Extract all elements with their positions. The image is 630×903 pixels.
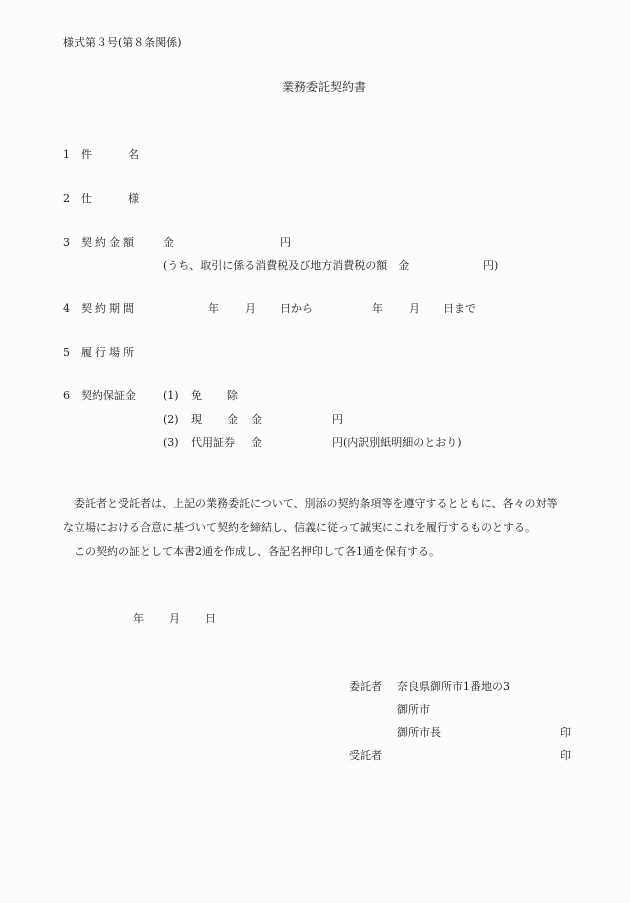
item-number: 1 — [63, 148, 70, 162]
tax-yen: 円) — [483, 259, 498, 273]
option-number: (2) — [163, 413, 179, 427]
option-number: (3) — [163, 436, 179, 450]
contractor-seal: 印 — [560, 749, 571, 763]
option-label: 金 — [227, 413, 238, 427]
item-label: 仕 — [81, 192, 92, 206]
item-label: 契約保証金 — [81, 389, 136, 403]
option-label: 代用証券 — [191, 436, 235, 450]
option-label: 除 — [227, 389, 238, 403]
item-number: 6 — [63, 389, 70, 403]
item-label: 名 — [128, 148, 139, 162]
item-number: 4 — [63, 302, 70, 316]
body-paragraph-2: この契約の証として本書2通を作成し、各記名押印して各1通を保有する。 — [74, 545, 440, 559]
item-label: 様 — [128, 192, 139, 206]
amount-kin: 金 — [163, 236, 174, 250]
date-month: 月 — [169, 612, 180, 626]
client-address: 奈良県御所市1番地の3 — [397, 680, 510, 694]
body-paragraph-1-line-2: な立場における合意に基づいて契約を締結し、信義に従って誠実にこれを履行するものと… — [63, 521, 536, 535]
date-year: 年 — [133, 612, 144, 626]
item-label: 履行場所 — [81, 346, 137, 360]
form-number: 様式第３号(第８条関係) — [63, 36, 182, 50]
end-year: 年 — [372, 302, 383, 316]
option-yen: 円(内訳別紙明細のとおり) — [332, 436, 462, 450]
item-number: 3 — [63, 236, 70, 250]
item-label: 件 — [81, 148, 92, 162]
option-kin: 金 — [251, 436, 262, 450]
option-label: 免 — [191, 389, 202, 403]
start-year: 年 — [208, 302, 219, 316]
item-number: 5 — [63, 346, 70, 360]
client-seal: 印 — [560, 726, 571, 740]
document-title: 業務委託契約書 — [282, 80, 366, 94]
contractor-label: 受託者 — [349, 749, 382, 763]
client-name: 御所市 — [397, 703, 430, 717]
option-kin: 金 — [251, 413, 262, 427]
body-paragraph-1-line-1: 委託者と受託者は、上記の業務委託について、別添の契約条項等を遵守するとともに、各… — [74, 497, 558, 511]
client-label: 委託者 — [349, 680, 382, 694]
option-number: (1) — [163, 389, 179, 403]
client-title: 御所市長 — [397, 726, 441, 740]
item-label: 契約期間 — [81, 302, 137, 316]
amount-yen: 円 — [280, 236, 291, 250]
option-yen: 円 — [332, 413, 343, 427]
item-number: 2 — [63, 192, 70, 206]
tax-line: (うち、取引に係る消費税及び地方消費税の額 金 — [163, 259, 409, 273]
start-day: 日から — [280, 302, 313, 316]
item-label: 契約金額 — [81, 236, 137, 250]
option-label: 現 — [191, 413, 202, 427]
date-day: 日 — [205, 612, 216, 626]
start-month: 月 — [245, 302, 256, 316]
end-day: 日まで — [443, 302, 476, 316]
end-month: 月 — [409, 302, 420, 316]
